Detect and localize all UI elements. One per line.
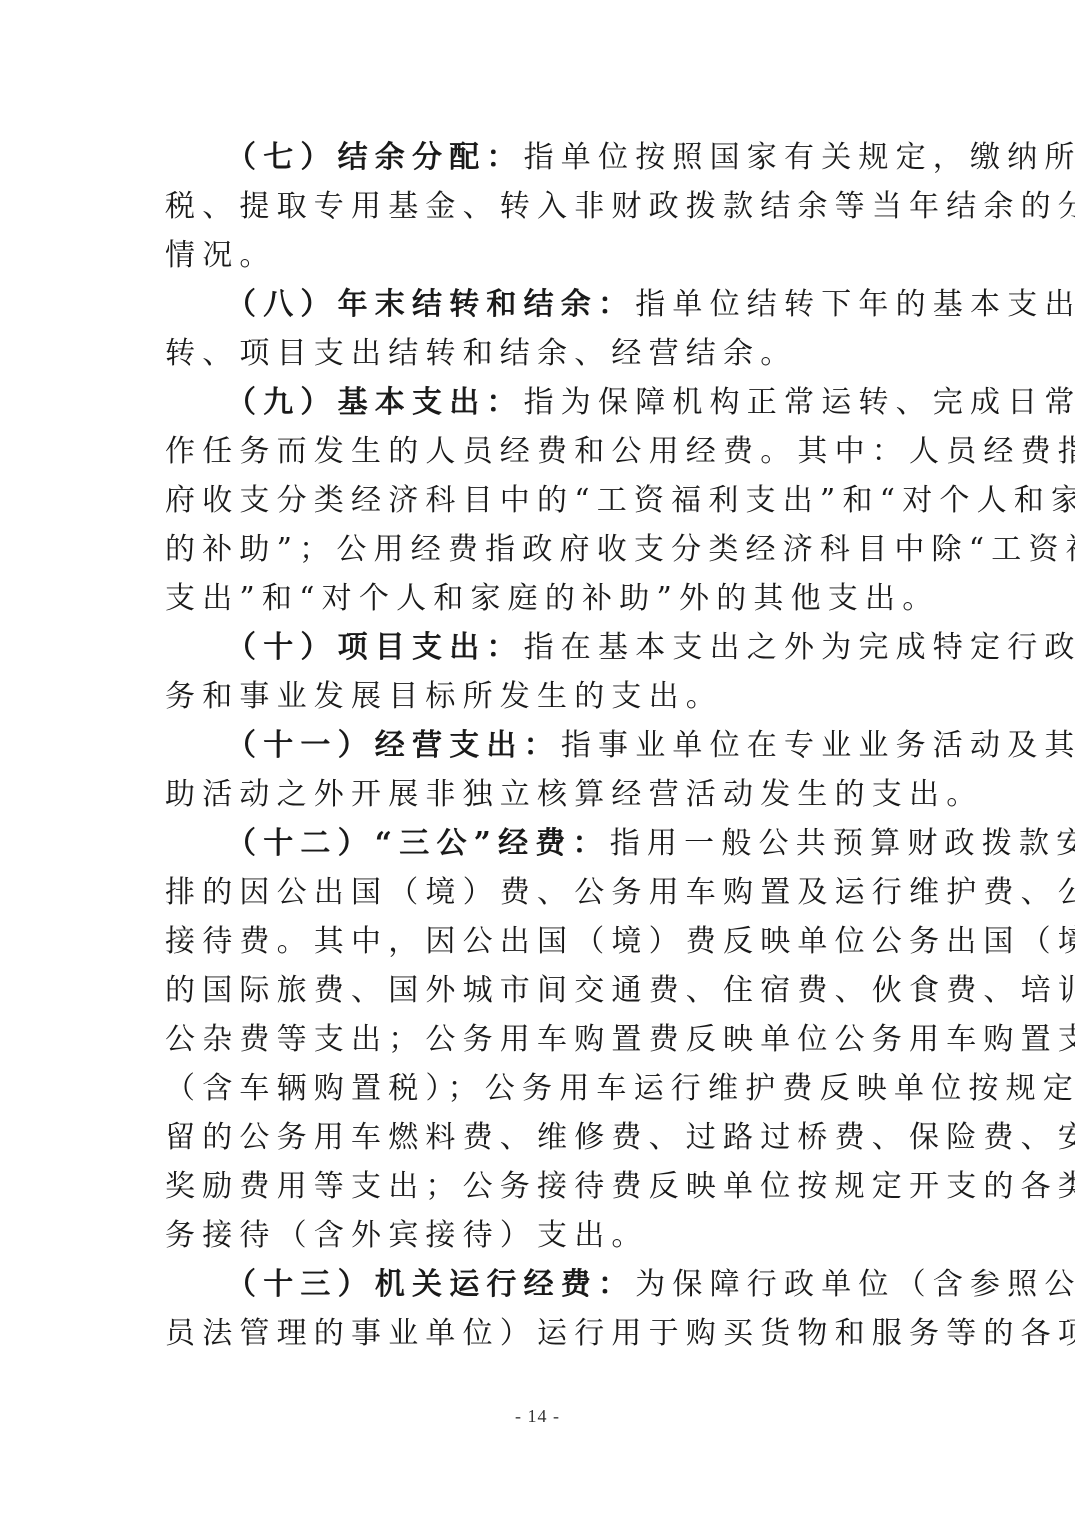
term-heading: （十二）“三公”经费： xyxy=(226,826,610,861)
paragraph-9-line-2: 作任务而发生的人员经费和公用经费。其中：人员经费指政 xyxy=(165,430,915,474)
paragraph-10-line-1: （十）项目支出：指在基本支出之外为完成特定行政任 xyxy=(226,626,916,670)
paragraph-7-line-2: 税、提取专用基金、转入非财政拨款结余等当年结余的分配 xyxy=(165,185,915,229)
paragraph-12-line-3: 接待费。其中，因公出国（境）费反映单位公务出国（境） xyxy=(165,920,915,964)
paragraph-9-line-4: 的补助”；公用经费指政府收支分类经济科目中除“工资福利 xyxy=(165,528,915,572)
paragraph-12-line-6: （含车辆购置税）；公务用车运行维护费反映单位按规定保 xyxy=(165,1067,915,1111)
paragraph-13-line-1: （十三）机关运行经费：为保障行政单位（含参照公务 xyxy=(226,1263,916,1307)
paragraph-9-line-5: 支出”和“对个人和家庭的补助”外的其他支出。 xyxy=(165,577,915,621)
term-heading: （十三）机关运行经费： xyxy=(226,1267,635,1302)
page-number: - 14 - xyxy=(0,1406,1075,1427)
paragraph-8-line-1: （八）年末结转和结余：指单位结转下年的基本支出结 xyxy=(226,283,916,327)
term-heading: （八）年末结转和结余： xyxy=(226,287,635,322)
paragraph-12-line-5: 公杂费等支出；公务用车购置费反映单位公务用车购置支出 xyxy=(165,1018,915,1062)
paragraph-8-line-2: 转、项目支出结转和结余、经营结余。 xyxy=(165,332,915,376)
paragraph-7-line-3: 情况。 xyxy=(165,234,915,278)
term-heading: （十一）经营支出： xyxy=(226,728,561,763)
term-heading: （九）基本支出： xyxy=(226,385,524,420)
paragraph-9-line-1: （九）基本支出：指为保障机构正常运转、完成日常工 xyxy=(226,381,916,425)
paragraph-10-line-2: 务和事业发展目标所发生的支出。 xyxy=(165,675,915,719)
paragraph-13-line-2: 员法管理的事业单位）运行用于购买货物和服务等的各项公 xyxy=(165,1312,915,1356)
paragraph-12-line-8: 奖励费用等支出；公务接待费反映单位按规定开支的各类公 xyxy=(165,1165,915,1209)
paragraph-12-line-4: 的国际旅费、国外城市间交通费、住宿费、伙食费、培训费、 xyxy=(165,969,915,1013)
paragraph-12-line-2: 排的因公出国（境）费、公务用车购置及运行维护费、公务 xyxy=(165,871,915,915)
paragraph-11-line-1: （十一）经营支出：指事业单位在专业业务活动及其辅 xyxy=(226,724,916,768)
document-page: （七）结余分配：指单位按照国家有关规定，缴纳所得 税、提取专用基金、转入非财政拨… xyxy=(0,0,1075,1520)
paragraph-12-line-9: 务接待（含外宾接待）支出。 xyxy=(165,1214,915,1258)
paragraph-7-line-1: （七）结余分配：指单位按照国家有关规定，缴纳所得 xyxy=(226,136,916,180)
paragraph-9-line-3: 府收支分类经济科目中的“工资福利支出”和“对个人和家庭 xyxy=(165,479,915,523)
paragraph-12-line-1: （十二）“三公”经费：指用一般公共预算财政拨款安 xyxy=(226,822,916,866)
term-heading: （七）结余分配： xyxy=(226,140,524,175)
term-heading: （十）项目支出： xyxy=(226,630,524,665)
paragraph-11-line-2: 助活动之外开展非独立核算经营活动发生的支出。 xyxy=(165,773,915,817)
paragraph-12-line-7: 留的公务用车燃料费、维修费、过路过桥费、保险费、安全 xyxy=(165,1116,915,1160)
